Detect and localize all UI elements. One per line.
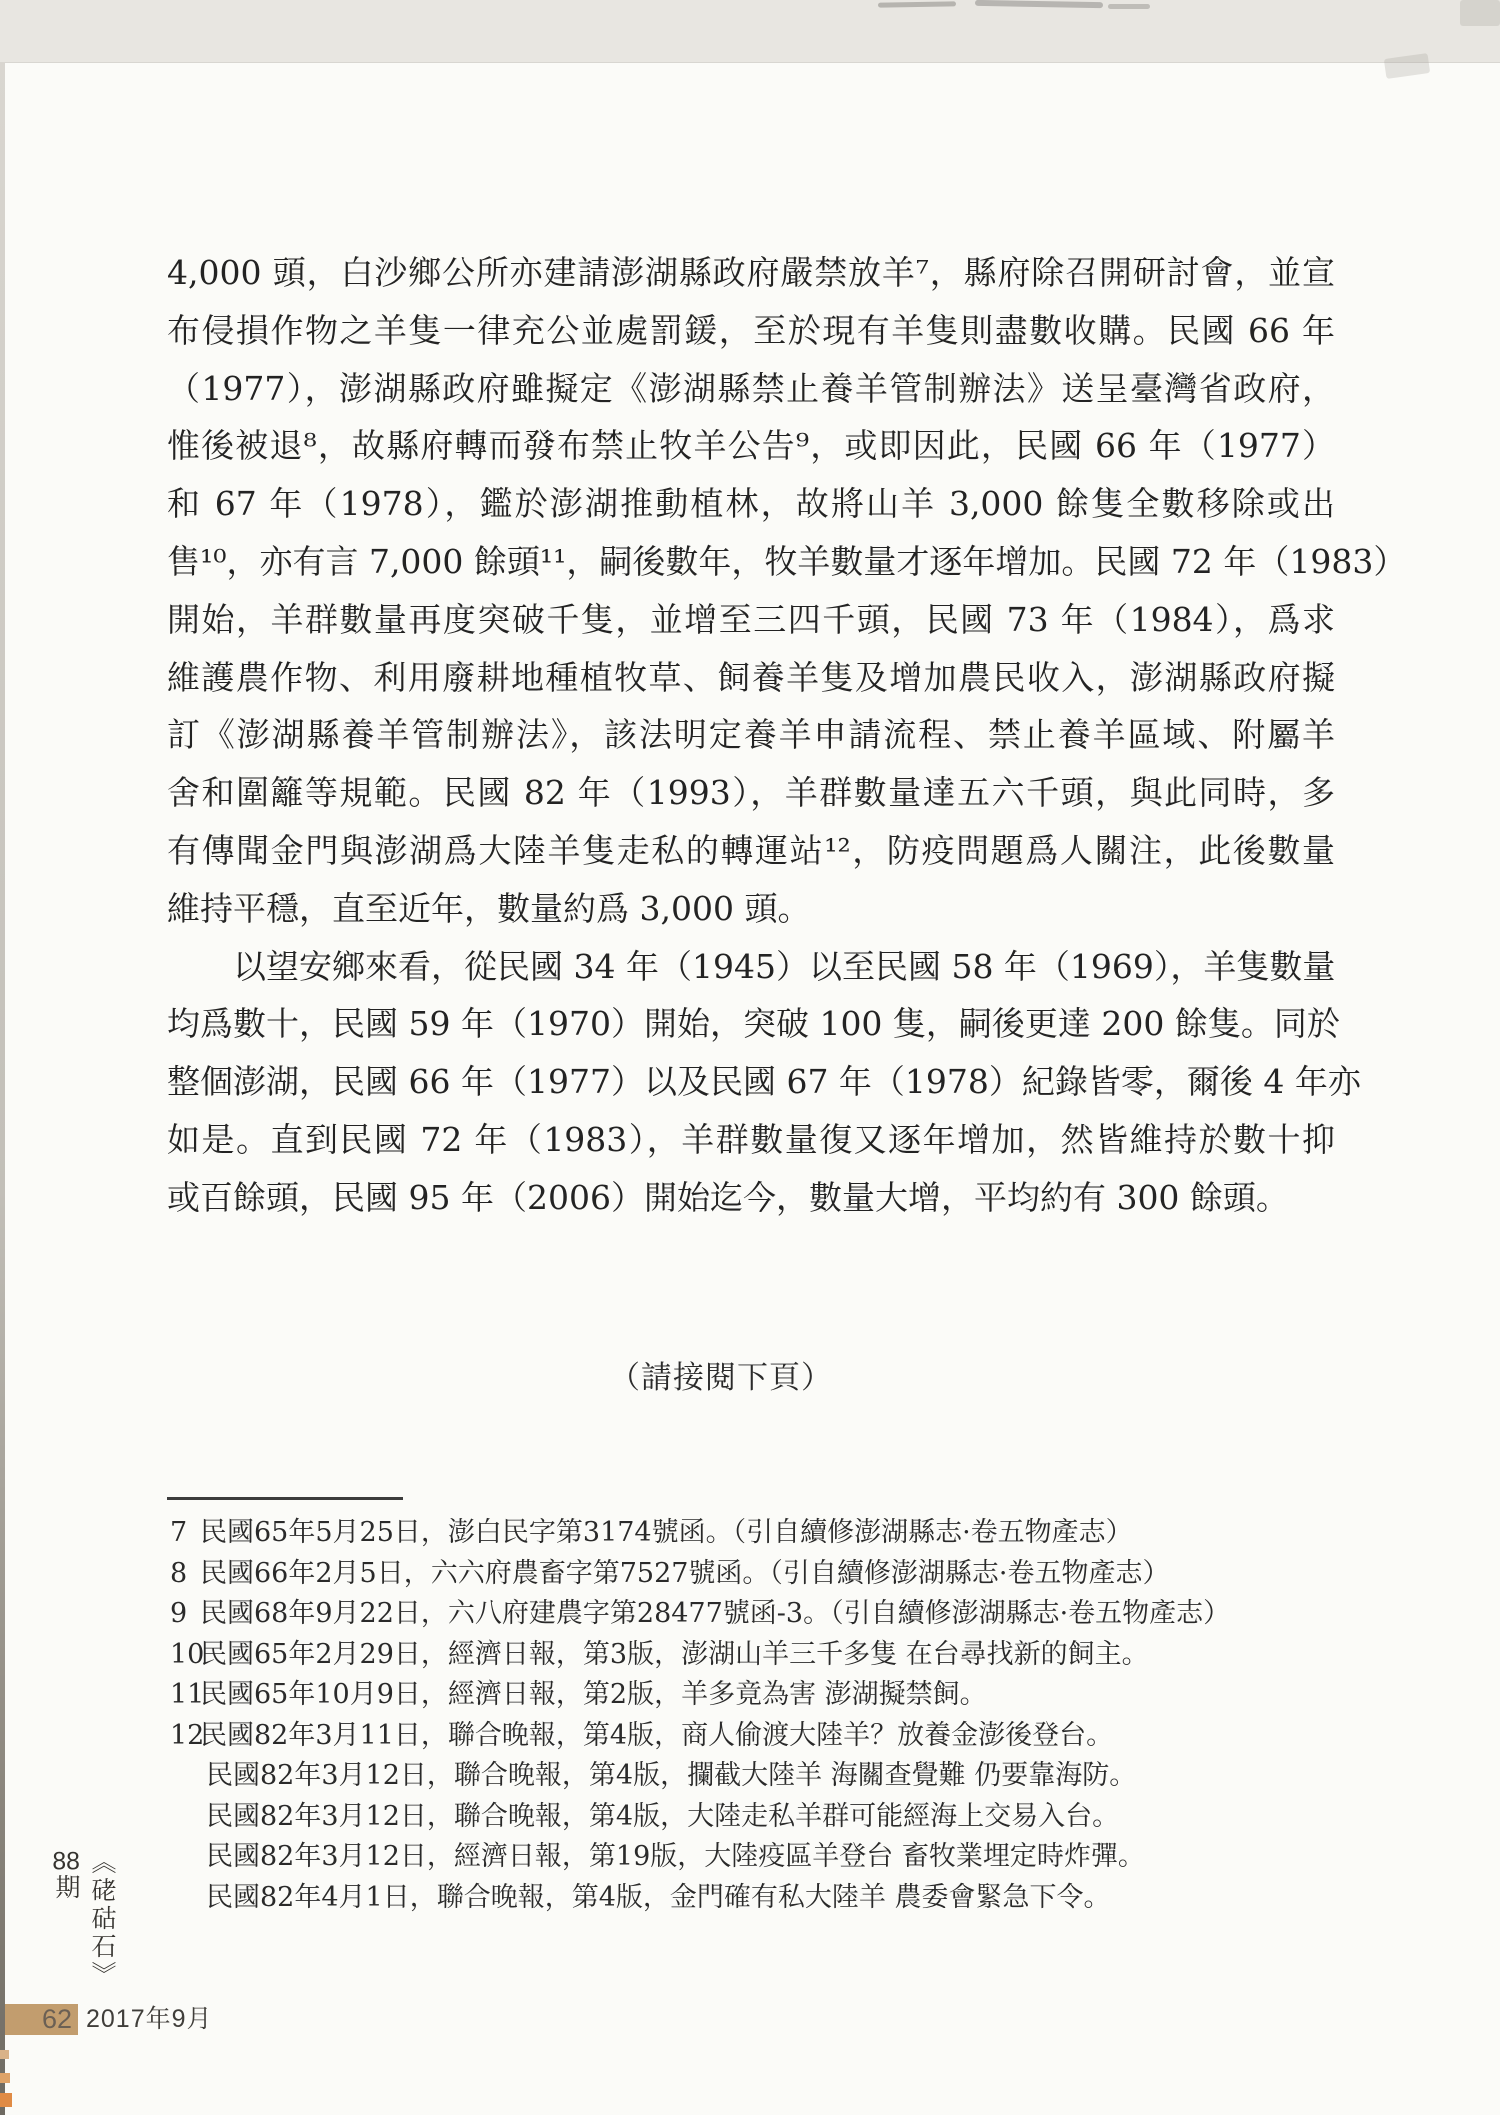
footnote-line: 12民國82年3月11日，聯合晚報，第4版，商人偷渡大陸羊？放養金澎後登台。 bbox=[170, 1716, 1370, 1757]
scan-artifact bbox=[975, 0, 1103, 8]
footnote-number: 9 bbox=[170, 1594, 200, 1635]
body-text-line: 或百餘頭，民國 95 年（2006）開始迄今，數量大增，平均約有 300 餘頭。 bbox=[167, 1169, 1335, 1227]
footnote-line: 8民國66年2月5日，六六府農畜字第7527號函。（引自續修澎湖縣志·卷五物產志… bbox=[170, 1554, 1370, 1595]
footnote-text: 民國82年3月11日，聯合晚報，第4版，商人偷渡大陸羊？放養金澎後登台。 bbox=[200, 1720, 1113, 1751]
body-text-line: 如是。直到民國 72 年（1983），羊群數量復又逐年增加，然皆維持於數十抑 bbox=[167, 1111, 1335, 1169]
footnote-text: 民國66年2月5日，六六府農畜字第7527號函。（引自續修澎湖縣志·卷五物產志） bbox=[200, 1558, 1170, 1589]
issue-number: 88 bbox=[52, 1849, 80, 1874]
body-text-line: 維持平穩，直至近年，數量約爲 3,000 頭。 bbox=[167, 880, 1335, 938]
footnote-line: 7民國65年5月25日，澎白民字第3174號函。（引自續修澎湖縣志·卷五物產志） bbox=[170, 1513, 1370, 1554]
body-text-line: 維護農作物、利用廢耕地種植牧草、飼養羊隻及增加農民收入，澎湖縣政府擬 bbox=[167, 649, 1335, 707]
footnote-number: 12 bbox=[170, 1716, 200, 1757]
body-paragraph-2: 以望安鄉來看，從民國 34 年（1945）以至民國 58 年（1969），羊隻數… bbox=[167, 938, 1335, 1227]
footnote-text: 民國65年10月9日，經濟日報，第2版，羊多竟為害 澎湖擬禁飼。 bbox=[200, 1679, 987, 1710]
journal-title: 《硓𥑮石》88期 bbox=[48, 1849, 120, 2009]
scan-left-edge bbox=[0, 62, 5, 2115]
scan-top-edge bbox=[0, 0, 1500, 63]
footnote-text: 民國65年2月29日，經濟日報，第3版，澎湖山羊三千多隻 在台尋找新的飼主。 bbox=[200, 1639, 1149, 1670]
scan-artifact bbox=[1108, 4, 1150, 9]
body-text-line: 布侵損作物之羊隻一律充公並處罰鍰，至於現有羊隻則盡數收購。民國 66 年 bbox=[167, 302, 1335, 360]
issue-unit: 期 bbox=[52, 1874, 80, 1902]
journal-name: 《硓𥑮石》 bbox=[88, 1849, 116, 1989]
footnote-line: 11民國65年10月9日，經濟日報，第2版，羊多竟為害 澎湖擬禁飼。 bbox=[170, 1675, 1370, 1716]
footnote-number: 8 bbox=[170, 1554, 200, 1595]
body-text-line: 4,000 頭，白沙鄉公所亦建請澎湖縣政府嚴禁放羊⁷，縣府除召開研討會，並宣 bbox=[167, 244, 1335, 302]
scan-corner-mark bbox=[0, 2050, 9, 2059]
body-text-line: 惟後被退⁸，故縣府轉而發布禁止牧羊公告⁹，或即因此，民國 66 年（1977） bbox=[167, 417, 1335, 475]
page-number-badge: 62 bbox=[5, 2004, 78, 2035]
footnote-line: 民國82年3月12日，聯合晚報，第4版，攔截大陸羊 海關查覺難 仍要靠海防。 bbox=[170, 1756, 1370, 1797]
footnote-line: 民國82年3月12日，經濟日報，第19版，大陸疫區羊登台 畜牧業埋定時炸彈。 bbox=[170, 1837, 1370, 1878]
body-text-line: 售¹⁰，亦有言 7,000 餘頭¹¹，嗣後數年，牧羊數量才逐年增加。民國 72 … bbox=[167, 533, 1335, 591]
footnote-line: 10民國65年2月29日，經濟日報，第3版，澎湖山羊三千多隻 在台尋找新的飼主。 bbox=[170, 1635, 1370, 1676]
page-number: 62 bbox=[42, 2004, 72, 2034]
footnote-number: 7 bbox=[170, 1513, 200, 1554]
body-text-line: 舍和圍籬等規範。民國 82 年（1993），羊群數量達五六千頭，與此同時，多 bbox=[167, 764, 1335, 822]
footnote-line: 民國82年3月12日，聯合晚報，第4版，大陸走私羊群可能經海上交易入台。 bbox=[170, 1797, 1370, 1838]
footnote-text: 民國68年9月22日，六八府建農字第28477號函-3。（引自續修澎湖縣志·卷五… bbox=[200, 1598, 1230, 1629]
scan-corner-mark bbox=[0, 2073, 10, 2083]
body-text-line: 訂《澎湖縣養羊管制辦法》，該法明定養羊申請流程、禁止養羊區域、附屬羊 bbox=[167, 706, 1335, 764]
footnote-separator bbox=[167, 1497, 403, 1500]
body-text: 4,000 頭，白沙鄉公所亦建請澎湖縣政府嚴禁放羊⁷，縣府除召開研討會，並宣布侵… bbox=[167, 244, 1335, 1227]
issue-date: 2017年9月 bbox=[86, 2004, 213, 2035]
scan-artifact bbox=[1460, 0, 1500, 26]
footnote-number: 10 bbox=[170, 1635, 200, 1676]
body-text-line: 均爲數十，民國 59 年（1970）開始，突破 100 隻，嗣後更達 200 餘… bbox=[167, 995, 1335, 1053]
body-text-line: （1977），澎湖縣政府雖擬定《澎湖縣禁止養羊管制辦法》送呈臺灣省政府， bbox=[167, 360, 1335, 418]
body-text-line: 整個澎湖，民國 66 年（1977）以及民國 67 年（1978）紀錄皆零，爾後… bbox=[167, 1053, 1335, 1111]
footnote-text: 民國65年5月25日，澎白民字第3174號函。（引自續修澎湖縣志·卷五物產志） bbox=[200, 1517, 1133, 1548]
body-text-line: 以望安鄉來看，從民國 34 年（1945）以至民國 58 年（1969），羊隻數… bbox=[167, 938, 1335, 996]
body-text-line: 開始，羊群數量再度突破千隻，並增至三四千頭，民國 73 年（1984），爲求 bbox=[167, 591, 1335, 649]
footnote-section: 7民國65年5月25日，澎白民字第3174號函。（引自續修澎湖縣志·卷五物產志）… bbox=[170, 1513, 1370, 1918]
body-text-line: 有傳聞金門與澎湖爲大陸羊隻走私的轉運站¹²，防疫問題爲人關注，此後數量 bbox=[167, 822, 1335, 880]
scan-corner-mark bbox=[0, 2093, 12, 2107]
continue-note: （請接閱下頁） bbox=[137, 1352, 1305, 1397]
body-paragraph-1: 4,000 頭，白沙鄉公所亦建請澎湖縣政府嚴禁放羊⁷，縣府除召開研討會，並宣布侵… bbox=[167, 244, 1335, 938]
body-text-line: 和 67 年（1978），鑑於澎湖推動植林，故將山羊 3,000 餘隻全數移除或… bbox=[167, 475, 1335, 533]
footnote-line: 9民國68年9月22日，六八府建農字第28477號函-3。（引自續修澎湖縣志·卷… bbox=[170, 1594, 1370, 1635]
footnote-line: 民國82年4月1日，聯合晚報，第4版，金門確有私大陸羊 農委會緊急下令。 bbox=[170, 1878, 1370, 1919]
footnote-number: 11 bbox=[170, 1675, 200, 1716]
scan-artifact bbox=[878, 1, 956, 7]
